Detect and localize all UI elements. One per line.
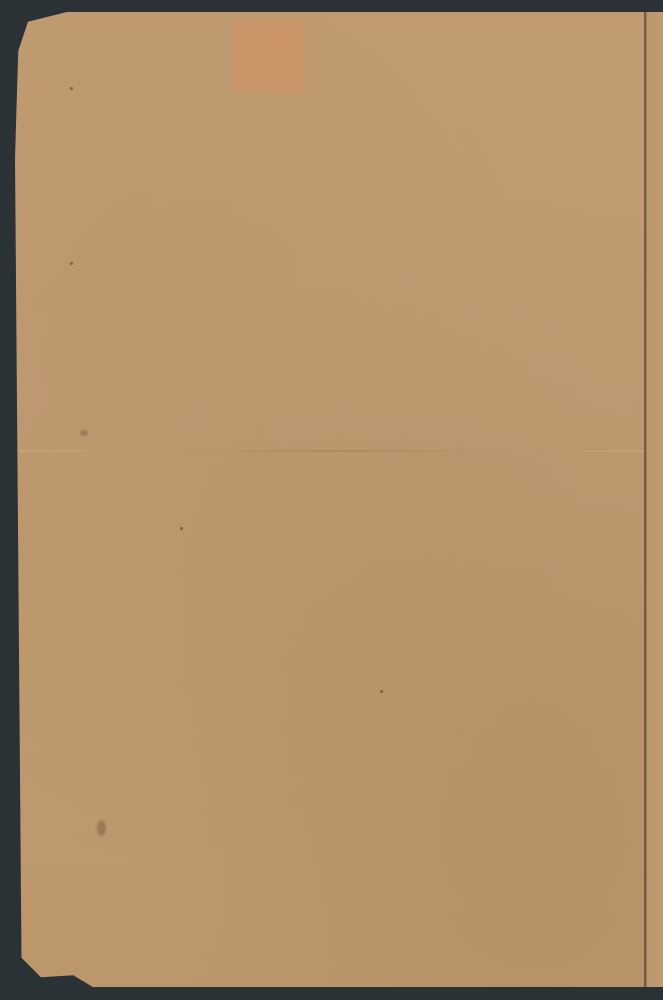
- ink-speck: [380, 690, 383, 693]
- binding-gutter-line: [644, 12, 647, 987]
- adjacent-page-edge: [647, 12, 663, 987]
- ink-speck: [180, 527, 183, 530]
- horizontal-fold-line: [15, 450, 663, 452]
- ink-speck: [70, 87, 73, 90]
- dirt-smudge: [97, 820, 106, 836]
- library-stamp-mark: [233, 20, 303, 92]
- dirt-smudge: [80, 430, 88, 436]
- blank-paper-page: [15, 12, 663, 987]
- ink-speck: [70, 262, 73, 265]
